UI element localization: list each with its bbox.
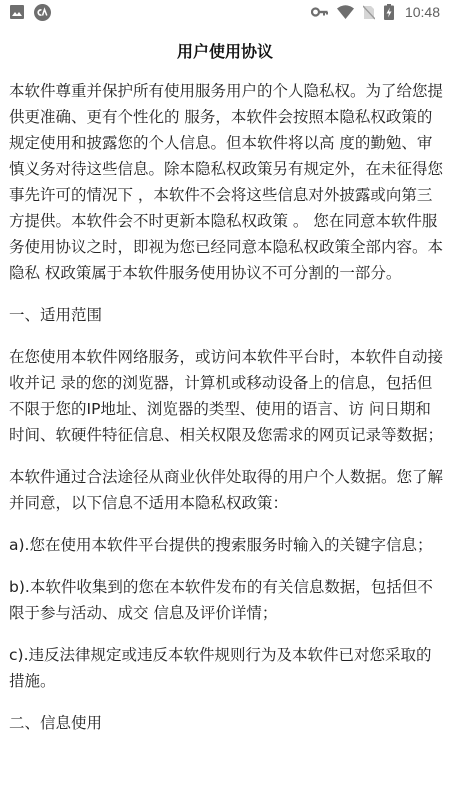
exclusion-item-c: c).违反法律规定或违反本软件规则行为及本软件已对您采取的措施。 (9, 642, 443, 694)
intro-paragraph: 本软件尊重并保护所有使用服务用户的个人隐私权。为了给您提供更准确、更有个性化的 … (9, 78, 443, 286)
status-right-icons: 10:48 (311, 4, 440, 20)
status-left-icons (10, 4, 51, 21)
ca-app-notification-icon (34, 4, 51, 21)
image-notification-icon (10, 5, 24, 19)
scope-paragraph: 在您使用本软件网络服务，或访问本软件平台时，本软件自动接收并记 录的您的浏览器，… (9, 344, 443, 448)
exclusion-item-b: b).本软件收集到的您在本软件发布的有关信息数据，包括但不限于参与活动、成交 信… (9, 574, 443, 626)
partner-data-paragraph: 本软件通过合法途径从商业伙伴处取得的用户个人数据。您了解并同意，以下信息不适用本… (9, 464, 443, 516)
agreement-content[interactable]: 本软件尊重并保护所有使用服务用户的个人隐私权。为了给您提供更准确、更有个性化的 … (9, 78, 443, 752)
vpn-key-icon (311, 7, 328, 17)
exclusion-item-a: a).您在使用本软件平台提供的搜索服务时输入的关键字信息； (9, 532, 443, 558)
clock: 10:48 (405, 4, 440, 20)
section-heading-usage: 二、信息使用 (9, 710, 443, 736)
page-title: 用户使用协议 (177, 39, 273, 62)
status-bar: 10:48 (0, 0, 450, 24)
no-sim-icon (363, 5, 375, 20)
battery-charging-icon (384, 4, 394, 20)
section-heading-scope: 一、适用范围 (9, 302, 443, 328)
wifi-icon (337, 5, 354, 19)
title-bar: 用户使用协议 (0, 24, 450, 76)
